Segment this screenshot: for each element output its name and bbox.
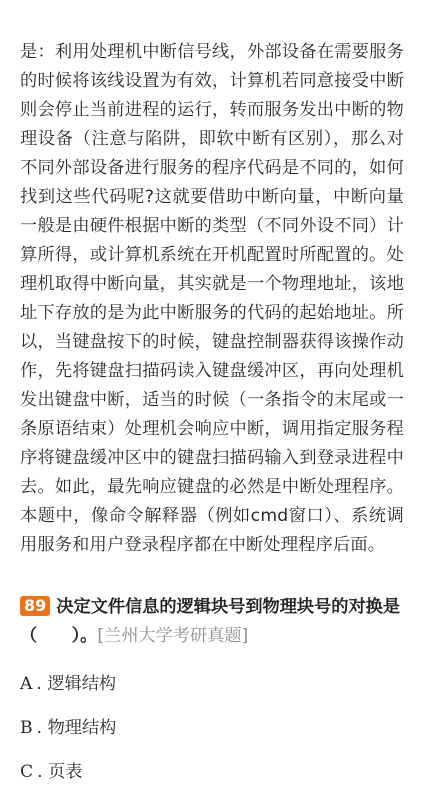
option-letter: A bbox=[20, 674, 32, 694]
option-a[interactable]: A. 逻辑结构 bbox=[20, 673, 404, 695]
question-source: [兰州大学考研真题] bbox=[97, 626, 248, 646]
option-letter: B bbox=[20, 718, 33, 738]
option-separator: . bbox=[37, 718, 42, 738]
option-c[interactable]: C. 页表 bbox=[20, 761, 404, 783]
option-text: 物理结构 bbox=[48, 718, 117, 738]
question-number-badge: 89 bbox=[20, 596, 50, 616]
question-block: 89决定文件信息的逻辑块号到物理块号的对换是（ ）。[兰州大学考研真题] bbox=[20, 593, 404, 651]
document-content: 是：利用处理机中断信号线，外部设备在需要服务的时候将该线设置为有效，计算机若同意… bbox=[20, 38, 404, 783]
option-text: 页表 bbox=[48, 762, 82, 782]
option-separator: . bbox=[37, 762, 42, 782]
option-b[interactable]: B. 物理结构 bbox=[20, 717, 404, 739]
option-text: 逻辑结构 bbox=[47, 674, 116, 694]
option-separator: . bbox=[36, 674, 41, 694]
option-letter: C bbox=[20, 762, 33, 782]
explanation-paragraph: 是：利用处理机中断信号线，外部设备在需要服务的时候将该线设置为有效，计算机若同意… bbox=[20, 38, 404, 560]
